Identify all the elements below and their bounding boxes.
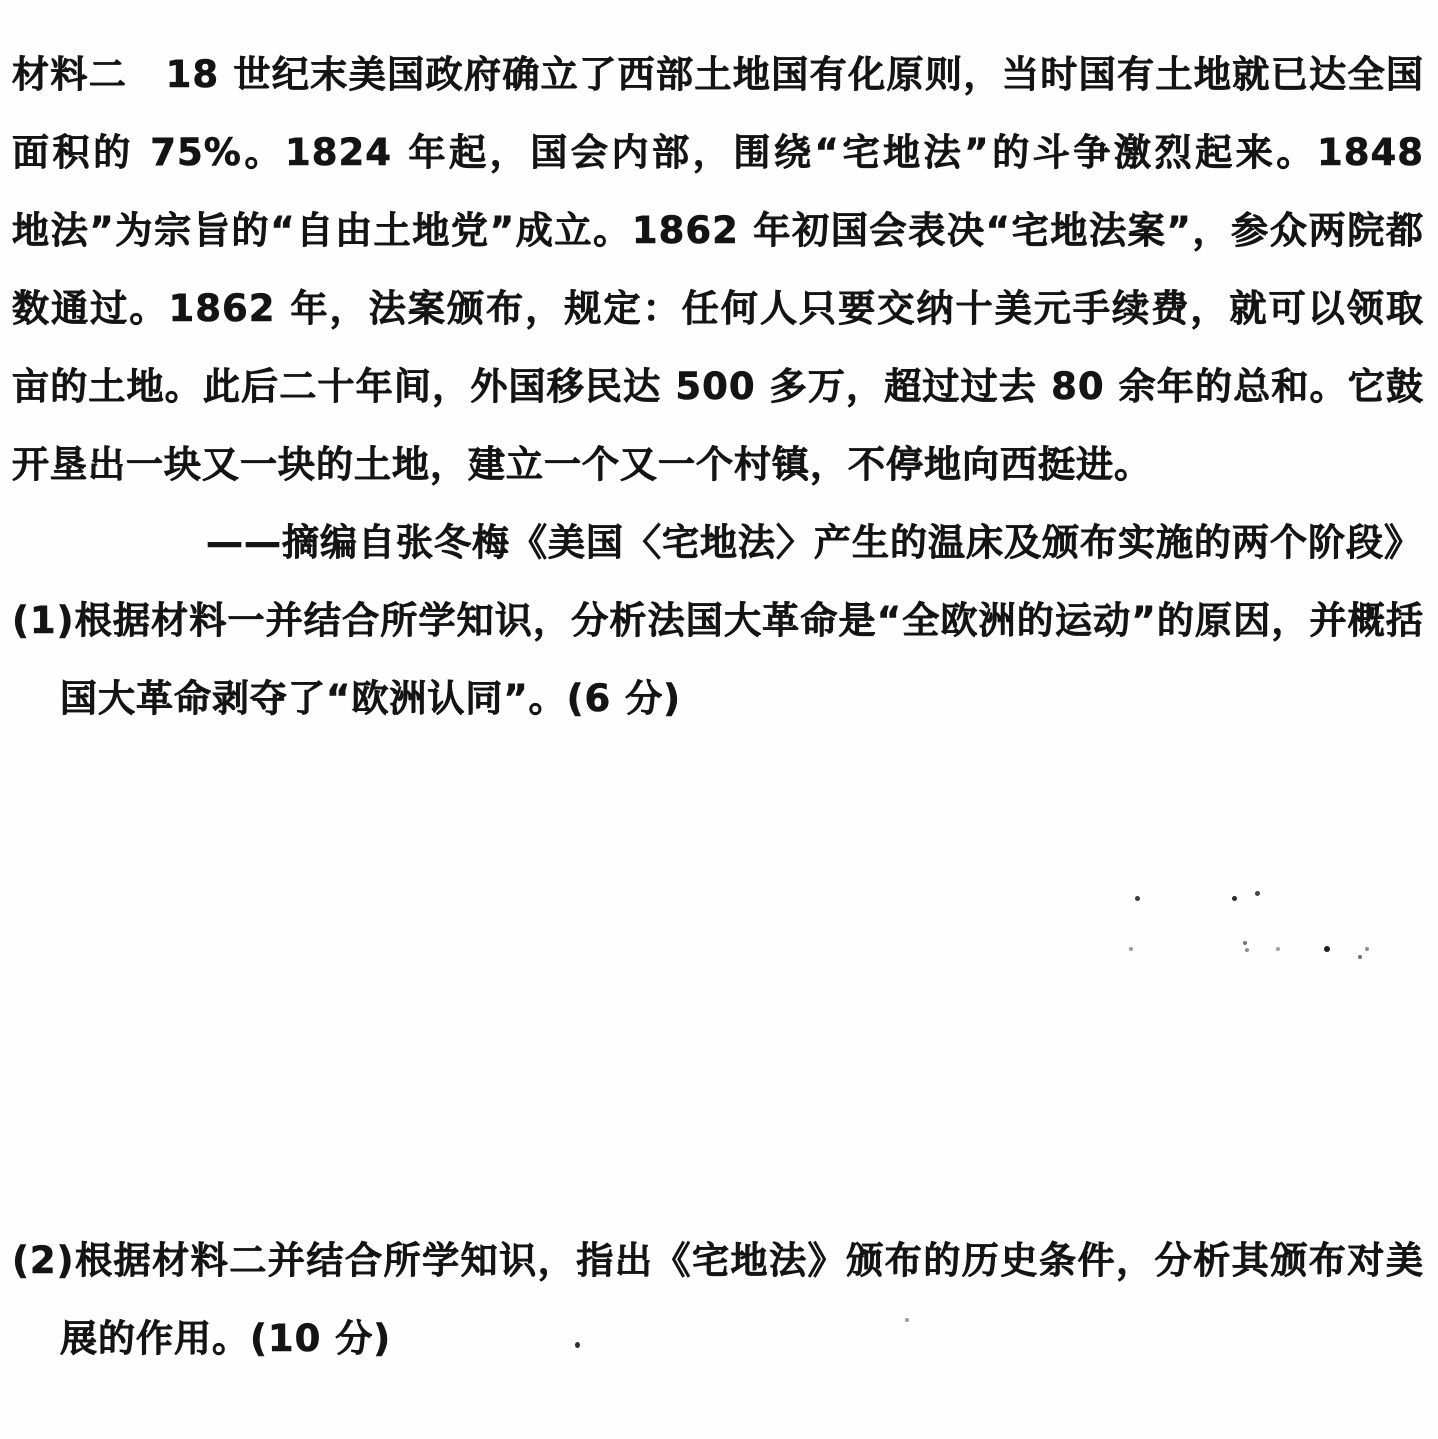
material-two-line-5: 亩的土地。此后二十年间，外国移民达 500 多万，超过过去 80 余年的总和。它… [12,348,1424,426]
scan-speck [1129,947,1133,951]
scan-speck [1245,948,1249,952]
material-two-line-2: 面积的 75%。1824 年起，国会内部，围绕“宅地法”的斗争激烈起来。1848… [12,114,1424,192]
question-1-line-1: (1)根据材料一并结合所学知识，分析法国大革命是“全欧洲的运动”的原因，并概括说… [12,582,1424,660]
scan-speck [1276,947,1280,951]
material-two-line-1: 材料二 18 世纪末美国政府确立了西部土地国有化原则，当时国有土地就已达全国土地… [12,36,1424,114]
exam-page: 材料二 18 世纪末美国政府确立了西部土地国有化原则，当时国有土地就已达全国土地… [0,0,1438,1439]
material-two-line-4: 数通过。1862 年，法案颁布，规定：任何人只要交纳十美元手续费，就可以领取一块… [12,270,1424,348]
question-1-line-2: 国大革命剥夺了“欧洲认同”。(6 分) [12,660,1424,738]
material-two-line-3: 地法”为宗旨的“自由土地党”成立。1862 年初国会表决“宅地法案”，参众两院都… [12,192,1424,270]
scan-speck [1324,946,1330,952]
question-2-line-2: 展的作用。(10 分) [12,1300,1424,1378]
question-2-line-1: (2)根据材料二并结合所学知识，指出《宅地法》颁布的历史条件，分析其颁布对美国经… [12,1222,1424,1300]
scan-speck [1358,955,1362,959]
scan-speck [1255,891,1260,896]
scan-speck [1232,896,1237,901]
material-two-line-6: 开垦出一块又一块的土地，建立一个又一个村镇，不停地向西挺进。 [12,426,1424,504]
scan-speck [1135,896,1140,901]
scan-speck [1365,947,1369,951]
scan-speck [575,1342,580,1348]
scan-speck [905,1318,909,1322]
answer-space-question-1 [12,738,1424,1222]
source-attribution: ——摘编自张冬梅《美国〈宅地法〉产生的温床及颁布实施的两个阶段》 [12,504,1424,582]
scan-speck [1243,941,1247,945]
